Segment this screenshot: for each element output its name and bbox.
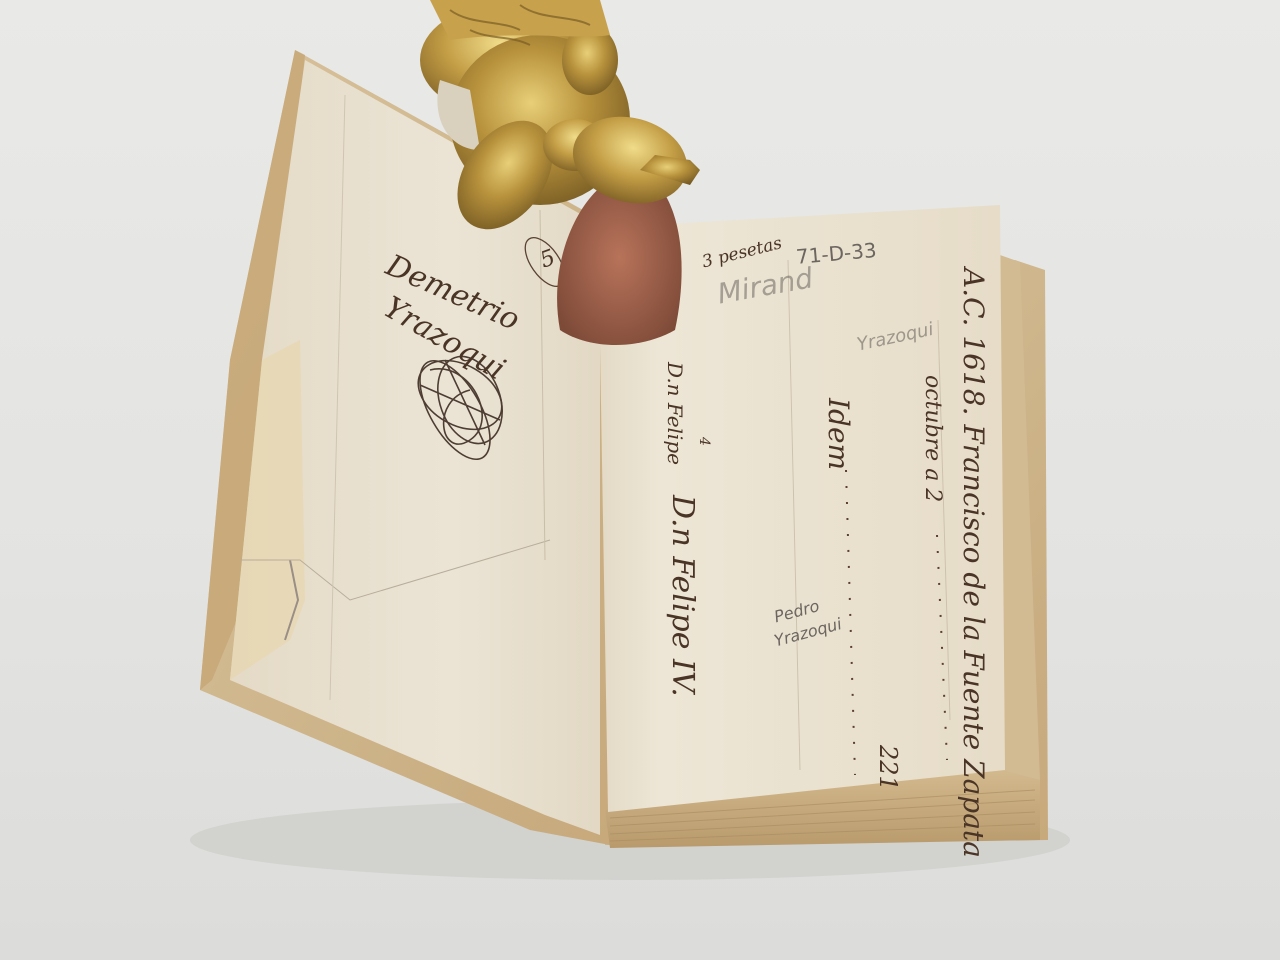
main-entry: A.C. 1618. Francisco de la Fuente Zapata — [957, 268, 990, 858]
king-number-small: 4 — [696, 437, 712, 446]
king-full: D.n Felipe IV. — [665, 495, 700, 697]
book-photo — [0, 0, 1280, 960]
date-entry: octubre a 2 — [920, 375, 945, 502]
king-short: D.n Felipe — [663, 362, 687, 465]
idem-entry: Idem — [822, 398, 855, 470]
photo-scene: Demetrio Yrazoqui 5 3 pesetas 71-D-33 Mi… — [0, 0, 1280, 960]
page-bottom-number: 221 — [874, 745, 902, 791]
